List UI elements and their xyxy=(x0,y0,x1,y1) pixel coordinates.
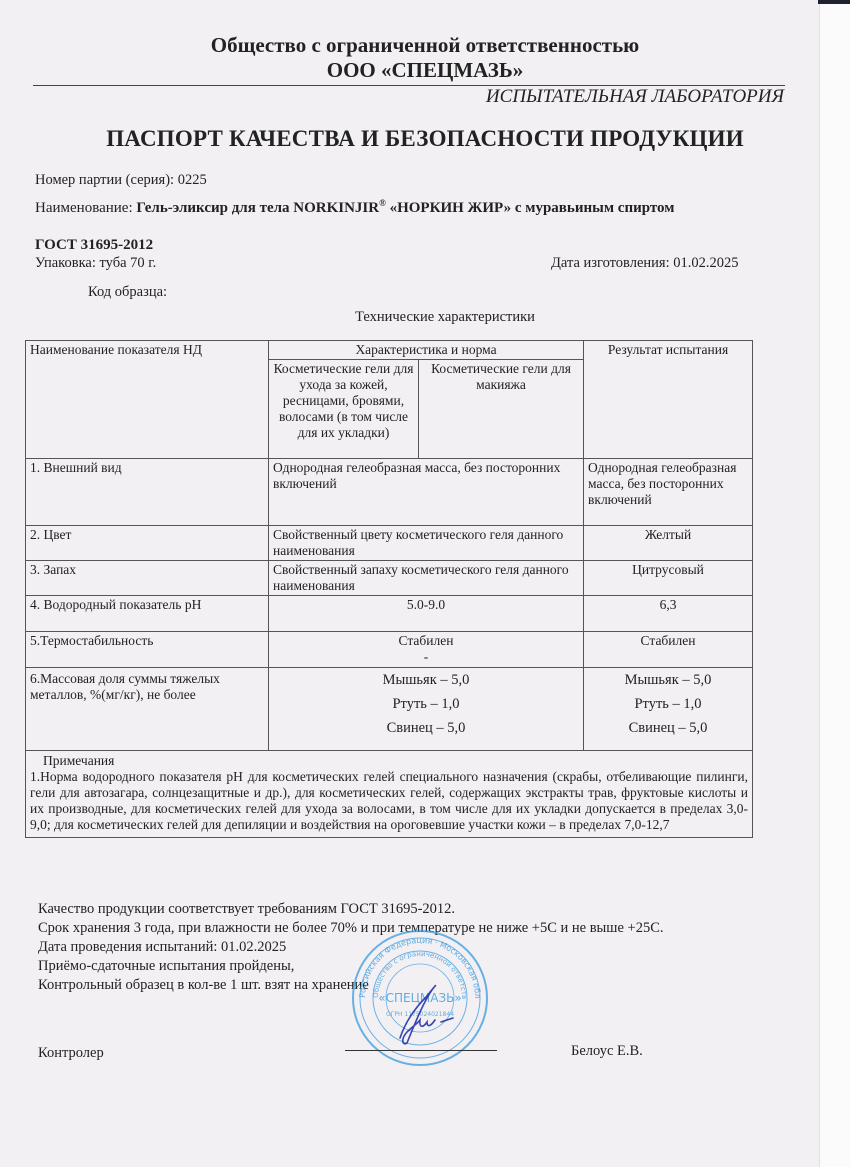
table-row: 1. Внешний вид Однородная гелеобразная м… xyxy=(26,459,753,526)
mercury-norm: Ртуть – 1,0 xyxy=(273,696,579,712)
table-row: 6.Массовая доля суммы тяжелых металлов, … xyxy=(26,668,753,751)
notes: Примечания 1.Норма водородного показател… xyxy=(26,751,753,838)
product-name-part2: «НОРКИН ЖИР» с муравьиным спиртом xyxy=(386,200,675,216)
controller-label: Контролер xyxy=(38,1045,104,1062)
company-stamp-icon: Российская Федерация · Московская област… xyxy=(345,928,495,1068)
standard: ГОСТ 31695-2012 xyxy=(35,237,153,254)
row-norm: 5.0-9.0 xyxy=(269,596,584,632)
header-result: Результат испытания xyxy=(584,341,753,459)
batch-number: Номер партии (серия): 0225 xyxy=(35,172,207,189)
test-date: Дата проведения испытаний: 01.02.2025 xyxy=(38,939,286,956)
compliance-statement: Качество продукции соответствует требова… xyxy=(38,901,455,918)
table-header-row: Наименование показателя НД Характеристик… xyxy=(26,341,753,360)
row-norm: Свойственный запаху косметического геля … xyxy=(269,561,584,596)
norm-extra: - xyxy=(273,649,579,665)
manufacture-date: Дата изготовления: 01.02.2025 xyxy=(551,255,738,272)
table-row: 2. Цвет Свойственный цвету косметическог… xyxy=(26,526,753,561)
document-title: ПАСПОРТ КАЧЕСТВА И БЕЗОПАСНОСТИ ПРОДУКЦИ… xyxy=(0,126,850,152)
spec-table: Наименование показателя НД Характеристик… xyxy=(25,340,753,838)
row-norm: Свойственный цвету косметического геля д… xyxy=(269,526,584,561)
registered-mark: ® xyxy=(379,198,386,208)
row-norm: Однородная гелеобразная масса, без посто… xyxy=(269,459,584,526)
arsenic-result: Мышьяк – 5,0 xyxy=(588,672,748,688)
header-norm-makeup-gels: Косметические гели для макияжа xyxy=(419,360,584,459)
row-indicator: 6.Массовая доля суммы тяжелых металлов, … xyxy=(26,668,269,751)
row-norm: Стабилен - xyxy=(269,632,584,668)
row-result: Однородная гелеобразная масса, без посто… xyxy=(584,459,753,526)
table-caption: Технические характеристики xyxy=(0,309,850,326)
lab-name: ИСПЫТАТЕЛЬНАЯ ЛАБОРАТОРИЯ xyxy=(0,86,784,108)
row-indicator: 4. Водородный показатель рН xyxy=(26,596,269,632)
header-indicator: Наименование показателя НД xyxy=(26,341,269,459)
control-sample: Контрольный образец в кол-ве 1 шт. взят … xyxy=(38,977,369,994)
notes-row: Примечания 1.Норма водородного показател… xyxy=(26,751,753,838)
header-norm-care-gels: Косметические гели для ухода за кожей, р… xyxy=(269,360,419,459)
row-result: 6,3 xyxy=(584,596,753,632)
product-name-label: Наименование: xyxy=(35,200,133,216)
notes-title: Примечания xyxy=(30,753,748,769)
org-short-name: ООО «СПЕЦМАЗЬ» xyxy=(0,58,850,83)
signature-line xyxy=(345,1050,497,1051)
lead-result: Свинец – 5,0 xyxy=(588,720,748,736)
row-norm: Мышьяк – 5,0 Ртуть – 1,0 Свинец – 5,0 xyxy=(269,668,584,751)
batch-label: Номер партии (серия): xyxy=(35,172,174,188)
product-name: Наименование: Гель-эликсир для тела NORK… xyxy=(35,198,675,217)
table-row: 5.Термостабильность Стабилен - Стабилен xyxy=(26,632,753,668)
row-indicator: 1. Внешний вид xyxy=(26,459,269,526)
mercury-result: Ртуть – 1,0 xyxy=(588,696,748,712)
row-result: Стабилен xyxy=(584,632,753,668)
row-indicator: 2. Цвет xyxy=(26,526,269,561)
product-name-part1: Гель-эликсир для тела NORKINJIR xyxy=(136,200,379,216)
controller-name: Белоус Е.В. xyxy=(571,1043,643,1060)
notes-text: 1.Норма водородного показателя рН для ко… xyxy=(30,769,748,833)
table-row: 3. Запах Свойственный запаху косметическ… xyxy=(26,561,753,596)
packaging: Упаковка: туба 70 г. xyxy=(35,255,156,272)
lead-norm: Свинец – 5,0 xyxy=(273,720,579,736)
norm-value: Стабилен xyxy=(273,633,579,649)
row-result: Мышьяк – 5,0 Ртуть – 1,0 Свинец – 5,0 xyxy=(584,668,753,751)
table-row: 4. Водородный показатель рН 5.0-9.0 6,3 xyxy=(26,596,753,632)
acceptance-tests: Приёмо-сдаточные испытания пройдены, xyxy=(38,958,294,975)
row-result: Желтый xyxy=(584,526,753,561)
row-result: Цитрусовый xyxy=(584,561,753,596)
header-norm: Характеристика и норма xyxy=(269,341,584,360)
row-indicator: 3. Запах xyxy=(26,561,269,596)
org-name: Общество с ограниченной ответственностью xyxy=(0,33,850,58)
arsenic-norm: Мышьяк – 5,0 xyxy=(273,672,579,688)
batch-value: 0225 xyxy=(178,172,207,188)
scan-page-edge xyxy=(819,0,850,1167)
row-indicator: 5.Термостабильность xyxy=(26,632,269,668)
sample-code: Код образца: xyxy=(88,284,167,301)
